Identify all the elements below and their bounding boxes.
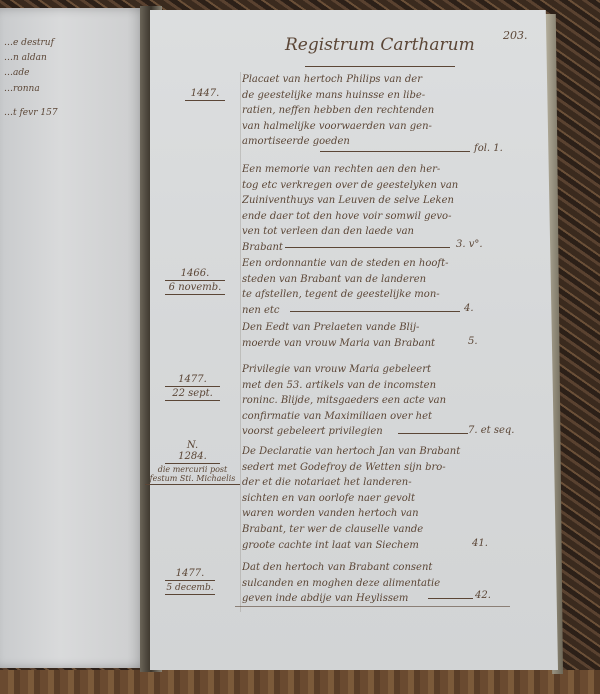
entry-line: van halmelijke voorwaerden van gen- — [242, 119, 497, 135]
folio-reference: 7. et seq. — [468, 425, 514, 436]
entry-line: Placaet van hertoch Philips van der — [242, 72, 497, 88]
entry-line: ratien, neffen hebben den rechtenden — [242, 103, 497, 119]
left-page-line: …e destruf — [4, 38, 54, 48]
margin-fold — [240, 72, 241, 612]
date-number: N. — [145, 440, 240, 451]
folio-reference: 42. — [475, 590, 491, 601]
entry-line: te afstellen, tegent de geestelijke mon- — [242, 287, 497, 303]
date-year: 1477. — [178, 374, 207, 385]
date-feast: festum Sti. Michaelis — [145, 474, 240, 483]
closing-rule — [235, 606, 510, 607]
register-entry: Placaet van hertoch Philips van der de g… — [242, 72, 497, 150]
left-page-line: …ade — [4, 68, 29, 78]
entry-end-rule — [285, 247, 450, 248]
entry-line: de geestelijke mans huinsse en libe- — [242, 88, 497, 104]
register-entry: Een ordonnantie van de steden en hooft- … — [242, 256, 497, 318]
entry-line: steden van Brabant van de landeren — [242, 272, 497, 288]
entry-date: 1466. 6 novemb. — [165, 268, 225, 296]
entry-line: sulcanden en moghen deze alimentatie — [242, 576, 497, 592]
entry-line: De Declaratie van hertoch Jan van Braban… — [242, 444, 497, 460]
entry-line: roninc. Blijde, mitsgaeders een acte van — [242, 393, 497, 409]
date-year: 1477. — [176, 568, 205, 579]
entry-line: met den 53. artikels van de incomsten — [242, 378, 497, 394]
entry-date: N. 1284. die mercurii post festum Sti. M… — [145, 440, 240, 486]
entry-line: amortiseerde goeden — [242, 134, 497, 150]
entry-line: Brabant, ter wer de clauselle vande — [242, 522, 497, 538]
entry-line: confirmatie van Maximiliaen over het — [242, 409, 497, 425]
entry-line: Privilegie van vrouw Maria gebeleert — [242, 362, 497, 378]
entry-line: Een memorie van rechten aen den her- — [242, 162, 497, 178]
date-day: 6 novemb. — [169, 282, 222, 293]
entry-end-rule — [398, 433, 468, 434]
left-page-line: …t fevr 157 — [4, 108, 58, 118]
entry-line: moerde van vrouw Maria van Brabant — [242, 336, 482, 352]
entry-line: Dat den hertoch van Brabant consent — [242, 560, 497, 576]
register-entry: Den Eedt van Prelaeten vande Blij- moerd… — [242, 320, 482, 351]
left-page-line: …n aldan — [4, 53, 47, 63]
entry-end-rule — [320, 151, 470, 152]
entry-line: Zuiniventhuys van Leuven de selve Leken — [242, 193, 497, 209]
date-year: 1466. — [181, 268, 210, 279]
left-page: …e destruf …n aldan …ade …ronna …t fevr … — [0, 8, 150, 668]
entry-line: Een ordonnantie van de steden en hooft- — [242, 256, 497, 272]
date-year: 1447. — [191, 88, 220, 99]
register-entry: De Declaratie van hertoch Jan van Braban… — [242, 444, 497, 553]
folio-number: 203. — [503, 29, 528, 42]
date-day: 5 decemb. — [166, 583, 213, 593]
date-year: 1284. — [178, 451, 207, 462]
entry-line: Den Eedt van Prelaeten vande Blij- — [242, 320, 482, 336]
date-day: 22 sept. — [172, 388, 213, 399]
entry-line: waren worden vanden hertoch van — [242, 506, 497, 522]
folio-reference: 4. — [464, 303, 474, 314]
date-day: die mercurii post — [145, 465, 240, 474]
title-underline — [305, 66, 455, 67]
entry-date: 1477. 5 decemb. — [165, 568, 215, 596]
entry-end-rule — [428, 598, 473, 599]
entry-line: ven tot verleen dan den laede van — [242, 224, 497, 240]
entry-line: groote cachte int laat van Siechem — [242, 538, 497, 554]
entry-end-rule — [290, 311, 460, 312]
entry-line: der et die notariaet het landeren- — [242, 475, 497, 491]
entry-line: sichten en van oorlofe naer gevolt — [242, 491, 497, 507]
entry-line: ende daer tot den hove voir somwil gevo- — [242, 209, 497, 225]
entry-line: tog etc verkregen over de geestelyken va… — [242, 178, 497, 194]
entry-line: sedert met Godefroy de Wetten sijn bro- — [242, 460, 497, 476]
folio-reference: fol. 1. — [474, 143, 503, 154]
folio-reference: 41. — [472, 538, 488, 549]
folio-reference: 3. v°. — [456, 239, 483, 250]
page-title: Registrum Cartharum — [285, 35, 475, 55]
register-entry: Privilegie van vrouw Maria gebeleert met… — [242, 362, 497, 440]
left-page-line: …ronna — [4, 84, 40, 94]
entry-date: 1477. 22 sept. — [165, 374, 220, 402]
folio-reference: 5. — [468, 336, 478, 347]
wooden-table-edge — [0, 670, 600, 694]
register-entry: Dat den hertoch van Brabant consent sulc… — [242, 560, 497, 607]
entry-date: 1447. — [185, 88, 225, 102]
